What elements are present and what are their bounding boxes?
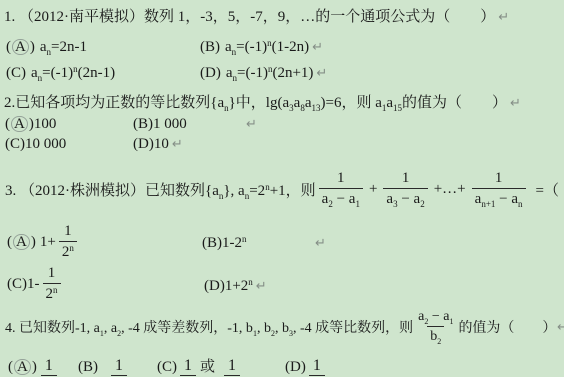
q4-option-a: (A) 1 <box>8 357 57 377</box>
q2-stem: 2.已知各项均为正数的等比数列{an}中，lg(a3a8a13)=6，则 a1a… <box>4 94 521 113</box>
q4-frac-den: b2 <box>427 326 444 345</box>
q1-a-rest: =2n-1 <box>51 39 87 55</box>
q4-stem-p6: , -4 成等比数列，则 <box>293 321 413 336</box>
q3-d-label: (D) <box>204 278 225 294</box>
q3-f3-d2: − a <box>495 191 518 207</box>
q2-b-label: (B) <box>133 116 153 132</box>
q3-f2-den: a3 − a2 <box>383 188 427 208</box>
q3-stem-p1: 3. （2012·株洲模拟）已知数列{a <box>5 183 219 199</box>
q4-stem-p5: , b <box>275 321 289 336</box>
q4-d-num: 1 <box>309 357 325 376</box>
q3-f1-den: a2 − a1 <box>319 188 363 208</box>
q1-stem: 1. （2012·南平模拟）数列 1，-3，5，-7，9，…的一个通项公式为（ … <box>4 8 509 27</box>
paragraph-mark-icon: ↵ <box>312 40 323 55</box>
q3-a-den-sup: n <box>69 243 74 253</box>
q2-d-value: 10 <box>154 136 169 152</box>
q3-c-den-sup: n <box>53 285 58 295</box>
q3-option-d: (D)1+2n↵ <box>204 277 267 296</box>
q3-stem: 3. （2012·株洲模拟）已知数列{an}, an=2n+1，则 1a2 − … <box>5 164 564 214</box>
q4-option-c: (C) 1 或 1 <box>157 357 240 377</box>
paragraph-mark-icon: ↵ <box>256 279 267 294</box>
q3-fraction-3: 1an+1 − an <box>472 170 526 209</box>
q1-d-label: (D) <box>200 65 221 81</box>
q1-b-mid: =(-1) <box>236 39 267 55</box>
paragraph-mark-icon: ↵ <box>510 96 521 111</box>
q2-c-value: 10 000 <box>25 136 66 152</box>
q4-a-close: ) <box>32 359 37 375</box>
q3-c-num: 1 <box>46 265 58 283</box>
q4-fraction: a2 − a1b2 <box>416 309 455 345</box>
q4-stem: 4. 已知数列-1, a1, a2, -4 成等差数列，-1, b1, b2, … <box>5 306 556 348</box>
q1-a-letter: A <box>12 39 29 55</box>
paragraph-mark-icon: ↵ <box>315 236 326 251</box>
q4-c-label: (C) <box>157 357 177 377</box>
q3-row1-mark: ↵ <box>312 234 326 253</box>
q4-stem-p4: , b <box>257 321 271 336</box>
q1-stem-text: 1. （2012·南平模拟）数列 1，-3，5，-7，9，…的一个通项公式为（ … <box>4 9 495 25</box>
q3-stem-p4: +1，则 <box>270 183 316 199</box>
q1-a-var: a <box>40 39 47 55</box>
q1-option-b: (B)an=(-1)n(1-2n)↵ <box>200 38 323 57</box>
q3-c-den-base: 2 <box>46 286 54 302</box>
q4-stem-mark: ↵ <box>554 318 564 337</box>
paragraph-mark-icon: ↵ <box>246 117 257 132</box>
q4-c-fraction-2: 1 <box>224 357 240 376</box>
q4-c-fraction-1: 1 <box>180 357 196 376</box>
q3-ellipsis-operator: +…+ <box>434 181 466 198</box>
q4-stem-text: 4. 已知数列-1, a1, a2, -4 成等差数列，-1, b1, b2, … <box>5 317 413 337</box>
q3-stem-p2: }, a <box>223 183 244 199</box>
q2-stem-sub: 15 <box>393 103 402 113</box>
q4-frac-ds1: 2 <box>437 337 441 346</box>
q3-plus-operator: + <box>369 181 377 198</box>
q1-d-mid: =(-1) <box>237 65 268 81</box>
q4-a-open: ( <box>8 359 13 375</box>
q2-stem-text: 2.已知各项均为正数的等比数列{a <box>4 95 224 111</box>
q3-option-b: (B)1-2n <box>202 234 247 253</box>
q4-option-b: (B) 1 <box>78 357 127 377</box>
q2-c-label: (C) <box>5 136 25 152</box>
q2-d-label: (D) <box>133 136 154 152</box>
q1-b-label: (B) <box>200 39 220 55</box>
q3-option-a: (A) 1+ 12n <box>7 221 80 263</box>
q3-f2-d2: − a <box>398 191 421 207</box>
q3-b-label: (B) <box>202 235 222 251</box>
q3-a-close: ) <box>31 234 36 251</box>
paragraph-mark-icon: ↵ <box>172 137 183 152</box>
q3-f1-d2: − a <box>333 191 356 207</box>
q4-b-fraction: 1 <box>111 357 127 376</box>
q3-c-den: 2n <box>43 283 61 303</box>
q4-d-label: (D) <box>285 357 306 377</box>
q1-a-close: ) <box>30 39 35 55</box>
q3-c-pre: 1- <box>27 276 40 293</box>
q4-stem-p2: , a <box>104 321 117 336</box>
paragraph-mark-icon: ↵ <box>316 66 327 81</box>
q3-option-c: (C) 1- 12n <box>7 263 64 305</box>
q1-option-a: (A)an=2n-1 <box>6 38 87 57</box>
q1-b-var: a <box>225 39 232 55</box>
q2-a-letter: A <box>11 116 28 132</box>
q1-d-rest: (2n+1) <box>272 65 313 81</box>
q2-a-value: 100 <box>34 116 57 132</box>
q2-b-value: 1 000 <box>153 116 187 132</box>
q4-option-d: (D) 1 <box>285 357 325 377</box>
q3-f3-ds2: n <box>518 199 523 209</box>
q3-fraction-2: 1a3 − a2 <box>383 170 427 209</box>
q3-f3-num: 1 <box>493 170 505 188</box>
q3-a-pre: 1+ <box>40 234 56 251</box>
q1-c-formula: an=(-1)n(2n-1) <box>31 65 115 81</box>
q1-c-var: a <box>31 65 38 81</box>
q3-d-value: 1+2 <box>225 278 248 294</box>
q1-option-c: (C)an=(-1)n(2n-1) <box>6 64 115 83</box>
q4-stem-p1: 4. 已知数列-1, a <box>5 321 100 336</box>
q4-frac-ns2: 1 <box>449 317 453 326</box>
q2-stem-text: 的值为（ ） <box>402 95 507 111</box>
q1-c-rest: (2n-1) <box>78 65 116 81</box>
q4-a-fraction: 1 <box>41 357 57 376</box>
q3-a-num: 1 <box>62 223 74 241</box>
q3-a-den: 2n <box>59 241 77 261</box>
paragraph-mark-icon: ↵ <box>498 10 509 25</box>
q3-c-label: (C) <box>7 276 27 293</box>
q1-a-formula: an=2n-1 <box>40 39 87 55</box>
q2-a-open: ( <box>5 116 10 132</box>
q4-a-label: (A) <box>8 357 37 377</box>
q3-f3-den: an+1 − an <box>472 188 526 208</box>
q4-b-label: (B) <box>78 357 98 377</box>
q3-stem-text: 3. （2012·株洲模拟）已知数列{an}, an=2n+1，则 <box>5 179 316 200</box>
q4-a-num: 1 <box>41 357 57 376</box>
q4-frac-n2: − a <box>428 309 449 324</box>
q1-b-rest: (1-2n) <box>272 39 310 55</box>
q4-stem-tail: 的值为（ ） <box>458 317 556 337</box>
q3-f2-num: 1 <box>400 170 412 188</box>
q1-b-formula: an=(-1)n(1-2n) <box>225 39 309 55</box>
q4-d-fraction: 1 <box>309 357 325 376</box>
q4-c-or: 或 <box>200 357 215 377</box>
q3-b-sup: n <box>242 234 247 244</box>
q3-a-letter: A <box>13 234 30 250</box>
q1-d-var: a <box>226 65 233 81</box>
q3-stem-p3: =2 <box>249 183 265 199</box>
q4-c-num2: 1 <box>224 357 240 376</box>
q3-f3-ds1: n+1 <box>481 199 495 209</box>
q3-f1-ds2: 1 <box>355 199 360 209</box>
q1-c-mid: =(-1) <box>42 65 73 81</box>
q3-a-fraction: 12n <box>59 223 77 262</box>
q3-c-fraction: 12n <box>43 265 61 304</box>
q2-option-d: (D)10↵ <box>133 135 183 154</box>
q3-a-open: ( <box>7 234 12 251</box>
q4-frac-num: a2 − a1 <box>416 309 455 326</box>
q2-row1-mark: ↵ <box>243 115 257 134</box>
q3-f1-num: 1 <box>335 170 347 188</box>
q3-b-value: 1-2 <box>222 235 242 251</box>
q2-option-b: (B)1 000 <box>133 115 187 134</box>
q4-c-num1: 1 <box>180 357 196 376</box>
q4-a-letter: A <box>14 359 31 375</box>
q1-d-formula: an=(-1)n(2n+1) <box>226 65 314 81</box>
document-page: 1. （2012·南平模拟）数列 1，-3，5，-7，9，…的一个通项公式为（ … <box>0 0 564 377</box>
q2-option-a: (A)100 <box>5 115 56 134</box>
q4-stem-p3: , -4 成等差数列，-1, b <box>121 321 253 336</box>
q4-b-num: 1 <box>111 357 127 376</box>
q3-f2-ds2: 2 <box>420 199 425 209</box>
q3-d-sup: n <box>248 277 253 287</box>
q3-equals-blank: =（ ） <box>536 179 564 200</box>
q2-stem-text: )=6，则 a <box>320 95 381 111</box>
q3-fraction-1: 1a2 − a1 <box>319 170 363 209</box>
q1-option-d: (D)an=(-1)n(2n+1)↵ <box>200 64 327 83</box>
q1-c-label: (C) <box>6 65 26 81</box>
q2-stem-text: }中，lg(a <box>229 95 290 111</box>
paragraph-mark-icon: ↵ <box>557 320 564 335</box>
q1-a-open: ( <box>6 39 11 55</box>
q2-option-c: (C)10 000 <box>5 135 66 154</box>
